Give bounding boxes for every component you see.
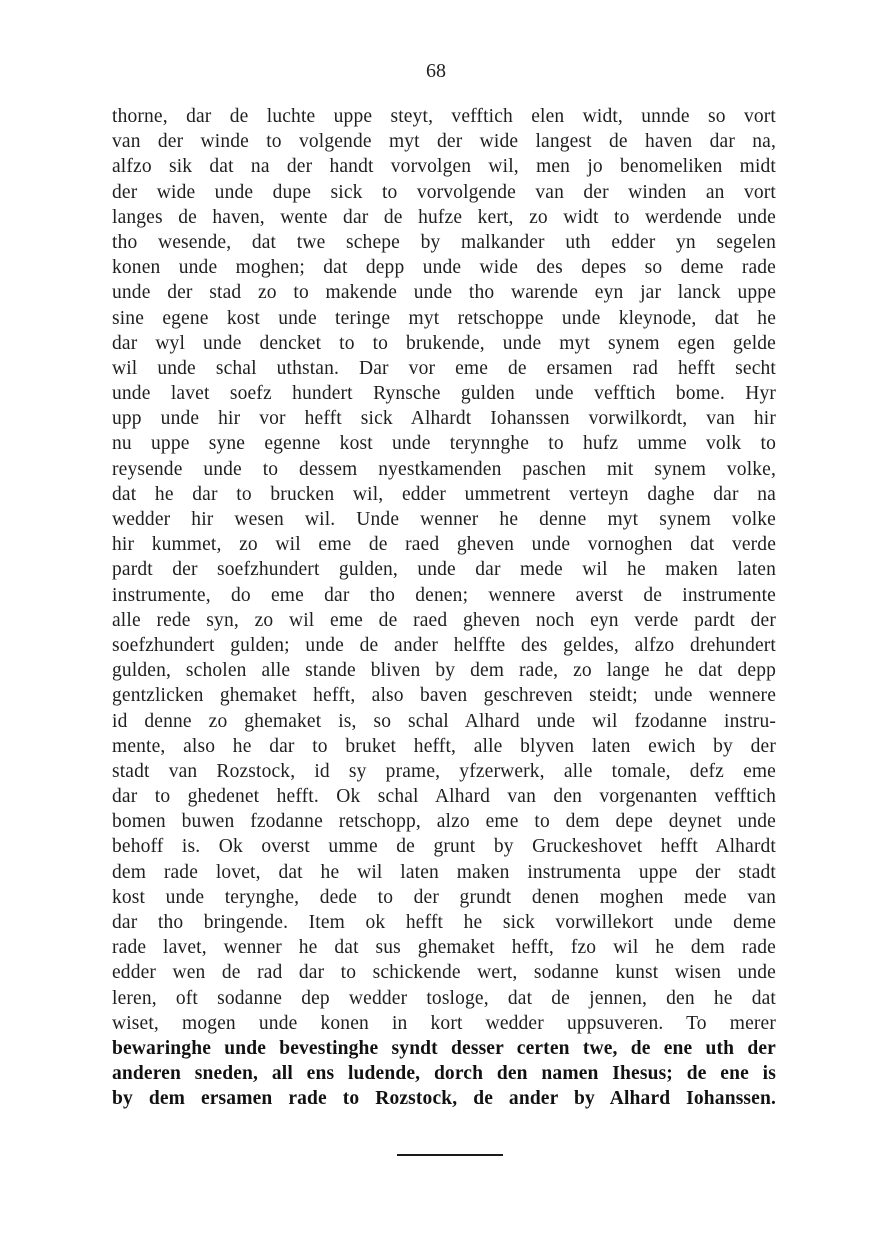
text-line: langes de haven, wente dar de hufze kert…: [112, 205, 776, 230]
text-line: konen unde moghen; dat depp unde wide de…: [112, 255, 776, 280]
text-line: dar wyl unde dencket to to brukende, und…: [112, 331, 776, 356]
text-line: wil unde schal uthstan. Dar vor eme de e…: [112, 356, 776, 381]
text-line: soefzhundert gulden; unde de ander helff…: [112, 633, 776, 658]
body-text: thorne, dar de luchte uppe steyt, veffti…: [112, 104, 776, 1112]
text-line: gentzlicken ghemaket hefft, also baven g…: [112, 683, 776, 708]
text-line: instrumente, do eme dar tho denen; wenne…: [112, 583, 776, 608]
text-line: alfzo sik dat na der handt vorvolgen wil…: [112, 154, 776, 179]
text-line: wedder hir wesen wil. Unde wenner he den…: [112, 507, 776, 532]
section-separator-rule: [397, 1154, 503, 1156]
text-line: reysende unde to dessem nyestkamenden pa…: [112, 457, 776, 482]
text-line: unde der stad zo to makende unde tho war…: [112, 280, 776, 305]
text-line: anderen sneden, all ens ludende, dorch d…: [112, 1061, 776, 1086]
text-line: behoff is. Ok overst umme de grunt by Gr…: [112, 834, 776, 859]
text-line: by dem ersamen rade to Rozstock, de ande…: [112, 1086, 776, 1111]
text-line: nu uppe syne egenne kost unde terynnghe …: [112, 431, 776, 456]
text-line: leren, oft sodanne dep wedder tosloge, d…: [112, 986, 776, 1011]
text-line: bomen buwen fzodanne retschopp, alzo eme…: [112, 809, 776, 834]
text-line: der wide unde dupe sick to vorvolgende v…: [112, 180, 776, 205]
text-line: dar tho bringende. Item ok hefft he sick…: [112, 910, 776, 935]
text-line: rade lavet, wenner he dat sus ghemaket h…: [112, 935, 776, 960]
text-line: stadt van Rozstock, id sy prame, yfzerwe…: [112, 759, 776, 784]
text-line: dem rade lovet, dat he wil laten maken i…: [112, 860, 776, 885]
text-line: edder wen de rad dar to schickende wert,…: [112, 960, 776, 985]
page-number: 68: [0, 60, 872, 83]
text-line: kost unde terynghe, dede to der grundt d…: [112, 885, 776, 910]
text-line: hir kummet, zo wil eme de raed gheven un…: [112, 532, 776, 557]
text-line: tho wesende, dat twe schepe by malkander…: [112, 230, 776, 255]
text-line: mente, also he dar to bruket hefft, alle…: [112, 734, 776, 759]
text-line: van der winde to volgende myt der wide l…: [112, 129, 776, 154]
text-line: id denne zo ghemaket is, so schal Alhard…: [112, 709, 776, 734]
text-line: dar to ghedenet hefft. Ok schal Alhard v…: [112, 784, 776, 809]
text-line: upp unde hir vor hefft sick Alhardt Ioha…: [112, 406, 776, 431]
text-line: wiset, mogen unde konen in kort wedder u…: [112, 1011, 776, 1036]
text-line: gulden, scholen alle stande bliven by de…: [112, 658, 776, 683]
text-line: alle rede syn, zo wil eme de raed gheven…: [112, 608, 776, 633]
text-line: dat he dar to brucken wil, edder ummetre…: [112, 482, 776, 507]
text-line: pardt der soefzhundert gulden, unde dar …: [112, 557, 776, 582]
text-line: sine egene kost unde teringe myt retscho…: [112, 306, 776, 331]
text-line: unde lavet soefz hundert Rynsche gulden …: [112, 381, 776, 406]
text-line: thorne, dar de luchte uppe steyt, veffti…: [112, 104, 776, 129]
text-line: bewaringhe unde bevestinghe syndt desser…: [112, 1036, 776, 1061]
